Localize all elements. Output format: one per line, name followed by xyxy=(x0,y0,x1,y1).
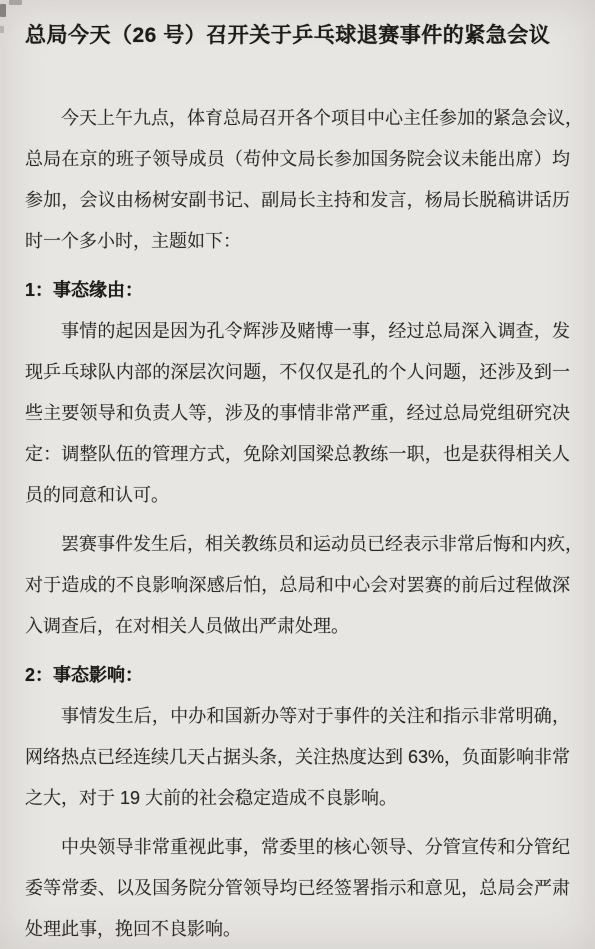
section-heading-1: 1：事态缘由： xyxy=(25,270,570,311)
text-line: 事情的起因是因为孔令辉涉及赌博一事，经过总局深入调查，发 xyxy=(25,311,570,352)
text-line: 时一个多小时，主题如下： xyxy=(25,221,570,262)
text-line: 事情发生后，中办和国新办等对于事件的关注和指示非常明确， xyxy=(25,696,570,737)
document-photo: 总局今天（26 号）召开关于乒乓球退赛事件的紧急会议 今天上午九点，体育总局召开… xyxy=(0,0,595,949)
photo-edge-artifact xyxy=(0,26,4,33)
paragraph-leadership: 中央领导非常重视此事，常委里的核心领导、分管宣传和分管纪 委等常委、以及国务院分… xyxy=(25,827,570,949)
text-line: 之大，对于 19 大前的社会稳定造成不良影响。 xyxy=(25,778,570,819)
document-title: 总局今天（26 号）召开关于乒乓球退赛事件的紧急会议 xyxy=(25,20,570,52)
text-line: 对于造成的不良影响深感后怕，总局和中心会对罢赛的前后过程做深 xyxy=(25,565,570,606)
text-line: 今天上午九点，体育总局召开各个项目中心主任参加的紧急会议， xyxy=(25,98,570,139)
text-line: 员的同意和认可。 xyxy=(25,475,570,516)
paragraph-cause: 事情的起因是因为孔令辉涉及赌博一事，经过总局深入调查，发 现乒乓球队内部的深层次… xyxy=(25,311,570,516)
photo-edge-artifact xyxy=(9,0,22,5)
text-line: 总局在京的班子领导成员（苟仲文局长参加国务院会议未能出席）均 xyxy=(25,139,570,180)
text-line: 参加，会议由杨树安副书记、副局长主持和发言，杨局长脱稿讲话历 xyxy=(25,180,570,221)
paragraph-intro: 今天上午九点，体育总局召开各个项目中心主任参加的紧急会议， 总局在京的班子领导成… xyxy=(25,98,570,262)
section-heading-2: 2：事态影响： xyxy=(25,655,570,696)
paragraph-impact: 事情发生后，中办和国新办等对于事件的关注和指示非常明确， 网络热点已经连续几天占… xyxy=(25,696,570,819)
text-line: 中央领导非常重视此事，常委里的核心领导、分管宣传和分管纪 xyxy=(25,827,570,868)
text-line: 入调查后，在对相关人员做出严肃处理。 xyxy=(25,606,570,647)
text-line: 些主要领导和负责人等，涉及的事情非常严重，经过总局党组研究决 xyxy=(25,393,570,434)
text-line: 委等常委、以及国务院分管领导均已经签署指示和意见，总局会严肃 xyxy=(25,868,570,909)
photo-edge-artifact xyxy=(0,4,6,17)
text-line: 罢赛事件发生后，相关教练员和运动员已经表示非常后悔和内疚， xyxy=(25,524,570,565)
text-line: 处理此事，挽回不良影响。 xyxy=(25,909,570,949)
text-line: 现乒乓球队内部的深层次问题，不仅仅是孔的个人问题，还涉及到一 xyxy=(25,352,570,393)
paragraph-aftermath: 罢赛事件发生后，相关教练员和运动员已经表示非常后悔和内疚， 对于造成的不良影响深… xyxy=(25,524,570,647)
text-line: 定：调整队伍的管理方式，免除刘国梁总教练一职，也是获得相关人 xyxy=(25,434,570,475)
text-line: 网络热点已经连续几天占据头条，关注热度达到 63%，负面影响非常 xyxy=(25,737,570,778)
